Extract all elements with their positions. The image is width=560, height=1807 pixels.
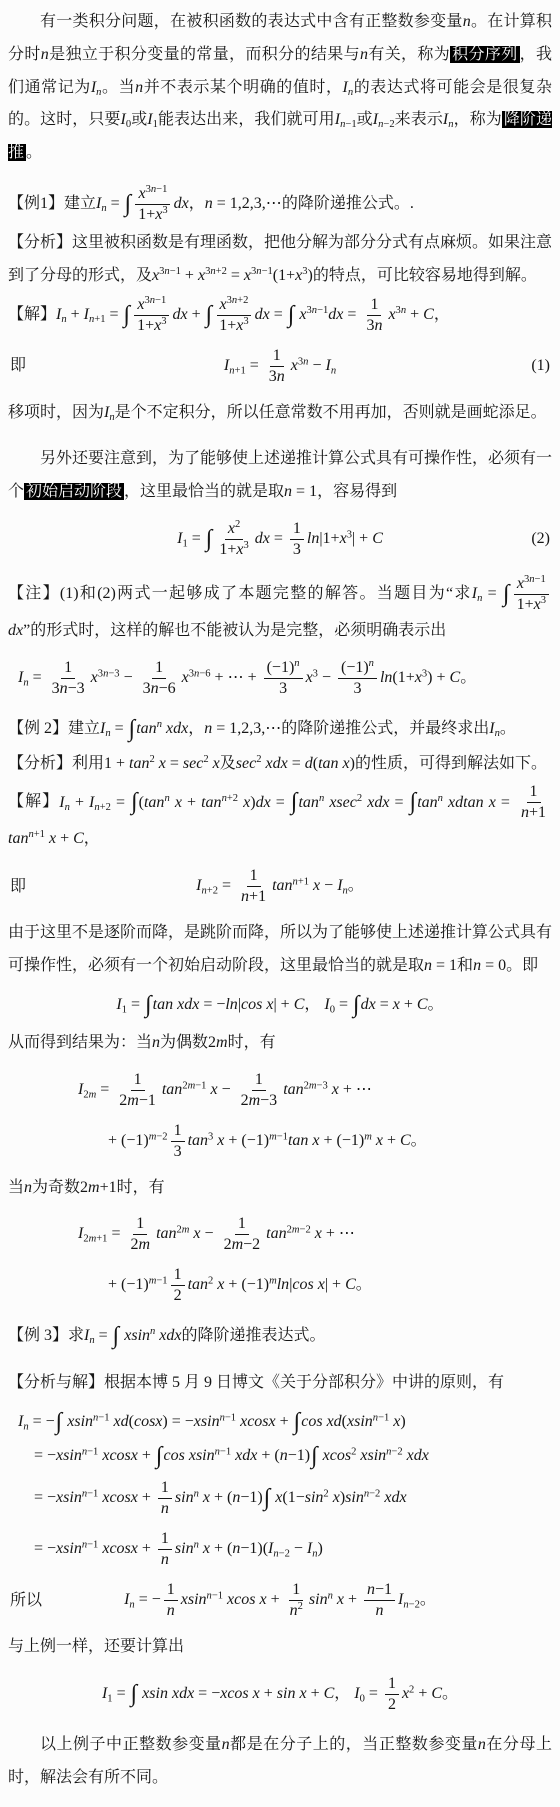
highlighted-term: 初始启动阶段 bbox=[24, 483, 124, 500]
math-run: I2m = 12m−1tan2m−1 x − 12m−3tan2m−3 x + … bbox=[8, 1070, 552, 1111]
text-run: 与上例一样，还要计算出 bbox=[8, 1638, 184, 1655]
text-run: 当 bbox=[8, 1179, 24, 1196]
math-run: n = 1 bbox=[284, 483, 317, 500]
math-document-body: 有一类积分问题，在被积函数的表达式中含有正整数参变量n。在计算积分时n是独立于积… bbox=[0, 6, 560, 1795]
closing-paragraph: 以上例子中正整数参变量n都是在分子上的，当正整数参变量n在分母上时，解法会有所不… bbox=[8, 1729, 552, 1795]
text-run: 的特点，可比较容易地得到解。 bbox=[313, 267, 537, 284]
text-run: 【分析】利用 bbox=[8, 755, 104, 772]
integral-sign: ∫ bbox=[503, 582, 510, 606]
text-run: 的降阶递推公式，并最终求出 bbox=[281, 720, 489, 737]
text-run: ”的形式时，这样的解也不能被认为是完整，必须明确表示出 bbox=[23, 622, 446, 639]
example-1-analysis: 【分析】这里被积函数是有理函数，把他分解为部分分式有点麻烦。如果注意到了分母的形… bbox=[8, 227, 552, 293]
math-run: n bbox=[478, 1736, 486, 1753]
text-run: 【分析与解】根据本博 5 月 9 日博文《关于分部积分》中讲的原则，有 bbox=[8, 1374, 504, 1391]
text-run: 或 bbox=[131, 111, 147, 128]
text-run: 并不表示某个明确的值时， bbox=[143, 79, 342, 96]
text-run: ， bbox=[434, 306, 450, 323]
text-run: 【解】 bbox=[8, 794, 59, 811]
example-3-analysis: 【分析与解】根据本博 5 月 9 日博文《关于分部积分》中讲的原则，有 bbox=[8, 1367, 552, 1400]
text-run: 从而得到结果为：当 bbox=[8, 1034, 152, 1051]
math-run: I1 = ∫tan xdx = −ln|cos x| + C， I0 = ∫dx… bbox=[8, 993, 552, 1017]
math-run: I1 bbox=[147, 111, 158, 128]
text-run: 为奇数 bbox=[32, 1179, 80, 1196]
note-paragraph: 【注】(1)和(2)两式一起够成了本题完整的解答。当题目为“求In = ∫x3n… bbox=[8, 574, 552, 648]
integral-sign: ∫ bbox=[410, 790, 417, 814]
integral-sign: ∫ bbox=[353, 993, 360, 1017]
math-run: In bbox=[443, 111, 454, 128]
document-page: 有一类积分问题，在被积函数的表达式中含有正整数参变量n。在计算积分时n是独立于积… bbox=[0, 0, 560, 1807]
text-run: 是个不定积分，所以任意常数不用再加，否则就是画蛇添足。 bbox=[115, 404, 547, 421]
text-run: 都是在分子上的，当正整数参变量 bbox=[230, 1736, 478, 1753]
math-run: n bbox=[24, 1179, 32, 1196]
text-run: 来表示 bbox=[395, 111, 443, 128]
even-case-formula-line2: + (−1)m−213tan3 x + (−1)m−1tan x + (−1)m… bbox=[8, 1121, 552, 1162]
text-run: 。当 bbox=[101, 79, 135, 96]
integral-sign: ∫ bbox=[206, 527, 213, 551]
text-run: 能表达出来，我们就可用 bbox=[158, 111, 335, 128]
math-run: = −xsinn−1 xcosx + ∫cos xsinn−1 xdx + (n… bbox=[8, 1444, 552, 1468]
integral-sign: ∫ bbox=[131, 1682, 138, 1706]
text-run: 为偶数 bbox=[160, 1034, 208, 1051]
example-3-derivation-line2: = −xsinn−1 xcosx + ∫cos xsinn−1 xdx + (n… bbox=[8, 1444, 552, 1468]
example-3-derivation-line1: In = −∫ xsinn−1 xd(cosx) = −xsinn−1 xcos… bbox=[8, 1410, 552, 1434]
formula-label: 所以 bbox=[10, 1589, 42, 1613]
text-run: 或 bbox=[357, 111, 373, 128]
skip-order-paragraph: 由于这里不是逐阶而降，是跳阶而降，所以为了能够使上述递推计算公式具有可操作性，必… bbox=[8, 917, 552, 983]
tan-initial-values: I1 = ∫tan xdx = −ln|cos x| + C， I0 = ∫dx… bbox=[8, 993, 552, 1017]
text-run: ， bbox=[84, 830, 100, 847]
math-run: = −xsinn−1 xcosx + 1nsinn x + (n−1)(In−2… bbox=[8, 1529, 552, 1570]
math-run: n bbox=[222, 1736, 230, 1753]
integral-sign: ∫ bbox=[129, 717, 136, 741]
math-run: In−2 bbox=[373, 111, 395, 128]
example-2-heading: 【例 2】建立In = ∫tann xdx，n = 1,2,3,⋯的降阶递推公式… bbox=[8, 713, 552, 746]
integral-sign: ∫ bbox=[131, 790, 138, 814]
math-run: In bbox=[489, 720, 500, 737]
example-1-heading: 【例1】建立In = ∫x3n−11+x3dx，n = 1,2,3,⋯的降阶递推… bbox=[8, 184, 552, 225]
math-run: I1 = ∫x21+x3dx = 13ln|1+x3| + C bbox=[8, 519, 552, 560]
math-run: I2m+1 = 12mtan2m x − 12m−2tan2m−2 x + ⋯ bbox=[8, 1214, 552, 1255]
example-3-result: 所以In = −1nxsinn−1 xcos x + 1n2sinn x + n… bbox=[8, 1580, 552, 1621]
example-3-derivation-line3: = −xsinn−1 xcosx + 1nsinn x + (n−1)∫ x(1… bbox=[8, 1478, 552, 1519]
text-run: 以上例子中正整数参变量 bbox=[40, 1736, 222, 1753]
example-2-analysis: 【分析】利用1 + tan2 x = sec2 x及sec2 xdx = d(t… bbox=[8, 748, 552, 781]
integral-sign: ∫ bbox=[206, 303, 213, 327]
math-run: 2m bbox=[208, 1034, 228, 1051]
math-run: 2m+1 bbox=[80, 1179, 117, 1196]
math-run: In−1 bbox=[335, 111, 357, 128]
math-run: n = 1 bbox=[424, 957, 457, 974]
math-run: In = 13n−3x3n−3 − 13n−6x3n−6 + ⋯ + (−1)n… bbox=[8, 658, 552, 699]
math-run: = −xsinn−1 xcosx + 1nsinn x + (n−1)∫ x(1… bbox=[8, 1478, 552, 1519]
math-run: n bbox=[152, 1034, 160, 1051]
text-run: 。 bbox=[26, 144, 42, 161]
text-run: ，这里最恰当的就是取 bbox=[124, 483, 284, 500]
text-run: 。即 bbox=[506, 957, 538, 974]
text-run: 【例1】建立 bbox=[8, 195, 96, 212]
integral-sign: ∫ bbox=[311, 1444, 318, 1468]
text-run: 移项时，因为 bbox=[8, 404, 104, 421]
math-run: I0 bbox=[121, 111, 132, 128]
math-run: + (−1)m−112tan2 x + (−1)mln|cos x| + C。 bbox=[8, 1265, 552, 1306]
math-run: 1 + tan2 x = sec2 x bbox=[104, 755, 220, 772]
math-run: I1 = ∫ xsin xdx = −xcos x + sin x + C， I… bbox=[8, 1674, 552, 1715]
intro-paragraph: 有一类积分问题，在被积函数的表达式中含有正整数参变量n。在计算积分时n是独立于积… bbox=[8, 6, 552, 170]
integral-sign: ∫ bbox=[125, 192, 132, 216]
text-run: 时，有 bbox=[228, 1034, 276, 1051]
text-run: 有关，称为 bbox=[368, 46, 450, 63]
math-run: In = −1nxsinn−1 xcos x + 1n2sinn x + n−1… bbox=[8, 1580, 552, 1621]
equation-1: 即In+1 = 13nx3n − In(1) bbox=[8, 346, 552, 387]
remark-constant: 移项时，因为In是个不定积分，所以任意常数不用再加，否则就是画蛇添足。 bbox=[8, 397, 552, 430]
text-run: 和 bbox=[457, 957, 473, 974]
math-run: In = −∫ xsinn−1 xd(cosx) = −xsinn−1 xcos… bbox=[8, 1410, 552, 1434]
text-run: 及 bbox=[220, 755, 236, 772]
math-run: In bbox=[104, 404, 115, 421]
math-run: In + In+1 = ∫x3n−11+x3dx + ∫x3n+21+x3dx … bbox=[56, 306, 434, 323]
text-run: 的降阶递推公式。. bbox=[282, 195, 414, 212]
example-2-solution: 【解】In + In+2 = ∫(tann x + tann+2 x)dx = … bbox=[8, 782, 552, 856]
text-run: 时，有 bbox=[117, 1179, 165, 1196]
text-run: 有一类积分问题，在被积函数的表达式中含有正整数参变量 bbox=[40, 13, 463, 30]
math-run: + (−1)m−213tan3 x + (−1)m−1tan x + (−1)m… bbox=[8, 1121, 552, 1162]
text-run: 的降阶递推表达式。 bbox=[182, 1327, 326, 1344]
integral-sign: ∫ bbox=[264, 1486, 271, 1510]
math-run: n = 1,2,3,⋯ bbox=[205, 195, 282, 212]
equation-number: (1) bbox=[531, 354, 550, 378]
math-run: n = 0 bbox=[473, 957, 506, 974]
text-run: ，称为 bbox=[454, 111, 502, 128]
text-run: 的性质，可得到解法如下。 bbox=[355, 755, 547, 772]
integral-sign: ∫ bbox=[288, 303, 295, 327]
integral-sign: ∫ bbox=[294, 1410, 301, 1434]
integral-sign: ∫ bbox=[291, 790, 298, 814]
math-run: In+2 = 1n+1tann+1 x − In。 bbox=[8, 866, 552, 907]
equation-2: I1 = ∫x21+x3dx = 13ln|1+x3| + C(2) bbox=[8, 519, 552, 560]
example-1-solution: 【解】In + In+1 = ∫x3n−11+x3dx + ∫x3n+21+x3… bbox=[8, 295, 552, 336]
even-case-formula-line1: I2m = 12m−1tan2m−1 x − 12m−3tan2m−3 x + … bbox=[8, 1070, 552, 1111]
recurrence-tan: 即In+2 = 1n+1tann+1 x − In。 bbox=[8, 866, 552, 907]
integral-sign: ∫ bbox=[124, 303, 131, 327]
integral-sign: ∫ bbox=[145, 993, 152, 1017]
odd-case-formula-line2: + (−1)m−112tan2 x + (−1)mln|cos x| + C。 bbox=[8, 1265, 552, 1306]
math-run: n bbox=[463, 13, 471, 30]
expanded-formula: In = 13n−3x3n−3 − 13n−6x3n−6 + ⋯ + (−1)n… bbox=[8, 658, 552, 699]
math-run: In+1 = 13nx3n − In bbox=[8, 346, 552, 387]
math-run: In bbox=[343, 79, 354, 96]
text-run: ， bbox=[189, 195, 205, 212]
example-3-derivation-line4: = −xsinn−1 xcosx + 1nsinn x + (n−1)(In−2… bbox=[8, 1529, 552, 1570]
math-run: n bbox=[135, 79, 143, 96]
text-run: 。 bbox=[500, 720, 516, 737]
initial-stage-paragraph: 另外还要注意到，为了能够使上述递推计算公式具有可操作性，必须有一个初始启动阶段，… bbox=[8, 443, 552, 509]
even-case-intro: 从而得到结果为：当n为偶数2m时，有 bbox=[8, 1027, 552, 1060]
odd-case-formula-line1: I2m+1 = 12mtan2m x − 12m−2tan2m−2 x + ⋯ bbox=[8, 1214, 552, 1255]
formula-label: 即 bbox=[10, 354, 26, 378]
text-run: 【例 3】求 bbox=[8, 1327, 84, 1344]
text-run: 【注】(1)和(2)两式一起够成了本题完整的解答。当题目为“求 bbox=[8, 585, 472, 602]
example-3-heading: 【例 3】求In = ∫ xsinn xdx的降阶递推表达式。 bbox=[8, 1320, 552, 1353]
text-run: ，容易得到 bbox=[317, 483, 397, 500]
example-3-initial-values: I1 = ∫ xsin xdx = −xcos x + sin x + C， I… bbox=[8, 1674, 552, 1715]
also-compute-intro: 与上例一样，还要计算出 bbox=[8, 1631, 552, 1664]
integral-sign: ∫ bbox=[113, 1324, 120, 1348]
text-run: 是独立于积分变量的常量，而积分的结果与 bbox=[49, 46, 360, 63]
math-run: n bbox=[41, 46, 49, 63]
text-run: 【例 2】建立 bbox=[8, 720, 100, 737]
math-run: n bbox=[360, 46, 368, 63]
math-run: x3n−1 + x3n+2 = x3n−1(1+x3) bbox=[152, 267, 313, 284]
math-run: In = ∫tann xdx bbox=[100, 720, 188, 737]
integral-sign: ∫ bbox=[156, 1444, 163, 1468]
math-run: sec2 xdx = d(tan x) bbox=[236, 755, 355, 772]
highlighted-term: 积分序列 bbox=[450, 46, 519, 63]
math-run: In = ∫ xsinn xdx bbox=[84, 1327, 182, 1344]
odd-case-intro: 当n为奇数2m+1时，有 bbox=[8, 1172, 552, 1205]
integral-sign: ∫ bbox=[56, 1410, 63, 1434]
text-run: ， bbox=[188, 720, 204, 737]
math-run: In = ∫x3n−11+x3dx bbox=[96, 195, 189, 212]
math-run: n = 1,2,3,⋯ bbox=[204, 720, 281, 737]
formula-label: 即 bbox=[10, 875, 26, 899]
equation-number: (2) bbox=[531, 527, 550, 551]
text-run: 【解】 bbox=[8, 306, 56, 323]
math-run: In bbox=[91, 79, 102, 96]
